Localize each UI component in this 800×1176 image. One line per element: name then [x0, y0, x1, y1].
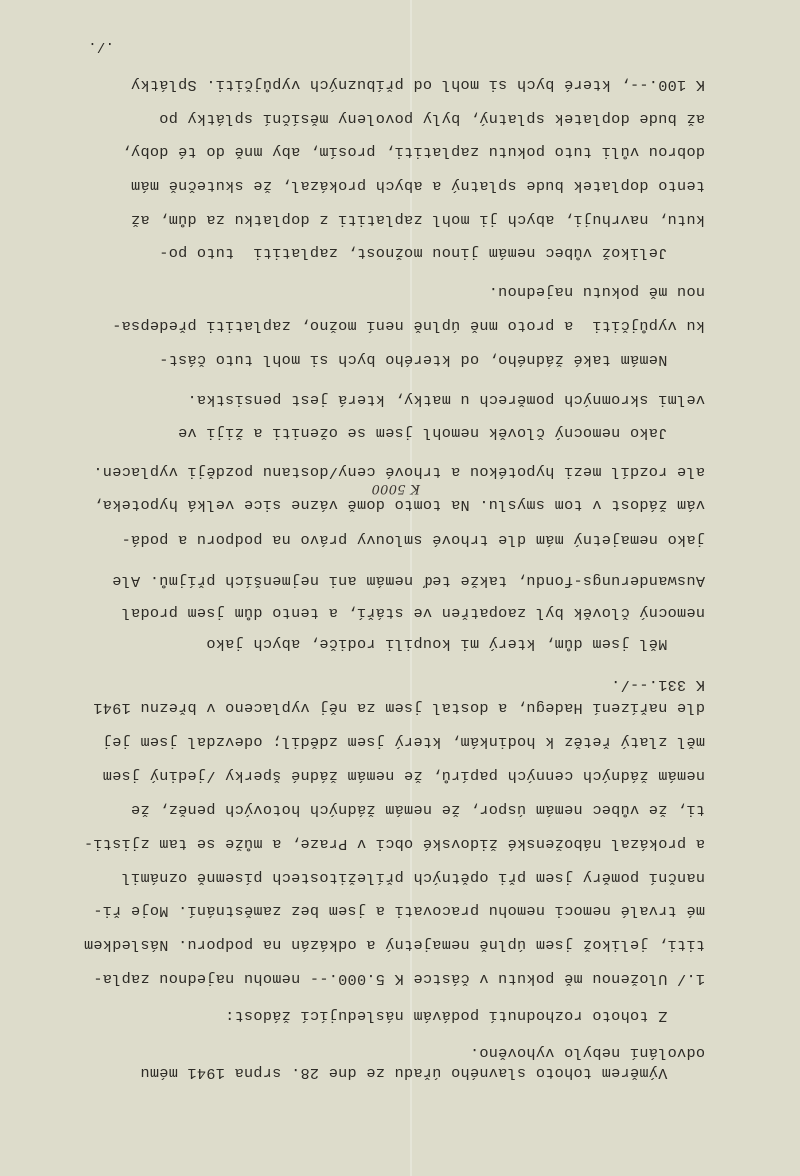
text-line: nemám žádných cenných papírů, že nemám ž…: [103, 766, 706, 786]
text-line: 1./ Uloženou mě pokutu v částce K 5.000.…: [93, 969, 705, 989]
text-line: titi, jelikož jsem úplně nemajetný a odk…: [84, 935, 705, 955]
text-line: mé trvalé nemoci nemohu pracovati a jsem…: [93, 901, 705, 921]
document-page: Výměrem tohoto slavného úřadu ze dne 28.…: [0, 0, 800, 1176]
text-line: Auswanderungs-fondu, takže teď nemám ani…: [112, 571, 705, 591]
text-line: Z tohoto rozhodnutí podávám následující …: [225, 1006, 705, 1026]
text-line: Jako nemocný člověk nemohl jsem se oženi…: [178, 423, 705, 443]
text-line: nou mě pokutu najednou.: [488, 282, 705, 302]
text-line: velmi skromných poměrech u matky, která …: [187, 390, 705, 410]
text-line: Nemám také žádného, od kterého bych si m…: [159, 350, 705, 370]
text-line: kutu, navrhuji, abych ji mohl zaplatiti …: [131, 210, 705, 230]
text-line: nanční poměry jsem při opětných příležit…: [121, 868, 705, 888]
text-line: ku vypůjčiti a proto mně úplně není možn…: [112, 316, 705, 336]
text-line: Měl jsem dům, který mi koupili rodiče, a…: [206, 634, 705, 654]
text-line: Jelikož vůbec nemám jinou možnost, zapla…: [159, 243, 705, 263]
text-line: nemocný člověk byl zaopatřen ve stáří, a…: [121, 603, 705, 623]
text-line: ti, že vůbec nemám úspor, že nemám žádný…: [131, 800, 705, 820]
text-line: a prokázal náboženské židovské obci v Pr…: [84, 834, 705, 854]
text-line: dobrou vůli tuto pokutu zaplatiti, prosí…: [121, 142, 705, 162]
text-line: K 331.--/.: [611, 675, 705, 695]
text-line: K 100.--, které bych si mohl od příbuzný…: [131, 75, 705, 95]
handwritten-insertion: K 5000: [371, 481, 420, 496]
text-line: Výměrem tohoto slavného úřadu ze dne 28.…: [140, 1063, 705, 1083]
text-line: dle nařízení Hadegu, a dostal jsem za ně…: [93, 698, 705, 718]
text-line: měl zlatý řetěz k hodinkám, který jsem z…: [103, 732, 706, 752]
text-line: tento doplatek bude splatný a abych prok…: [131, 176, 705, 196]
text-line: ale rozdíl mezi hypotékou a trhové ceny/…: [93, 462, 705, 482]
continuation-mark: ./.: [88, 38, 114, 54]
text-line: vám žádost v tom smyslu. Na tomto domě v…: [93, 495, 705, 515]
text-line: jako nemajetný mám dle trhové smlouvy pr…: [121, 530, 705, 550]
text-line: odvolání nebylo vyhověno.: [470, 1043, 705, 1063]
text-line: až bude doplatek splatný, byly povoleny …: [159, 109, 705, 129]
